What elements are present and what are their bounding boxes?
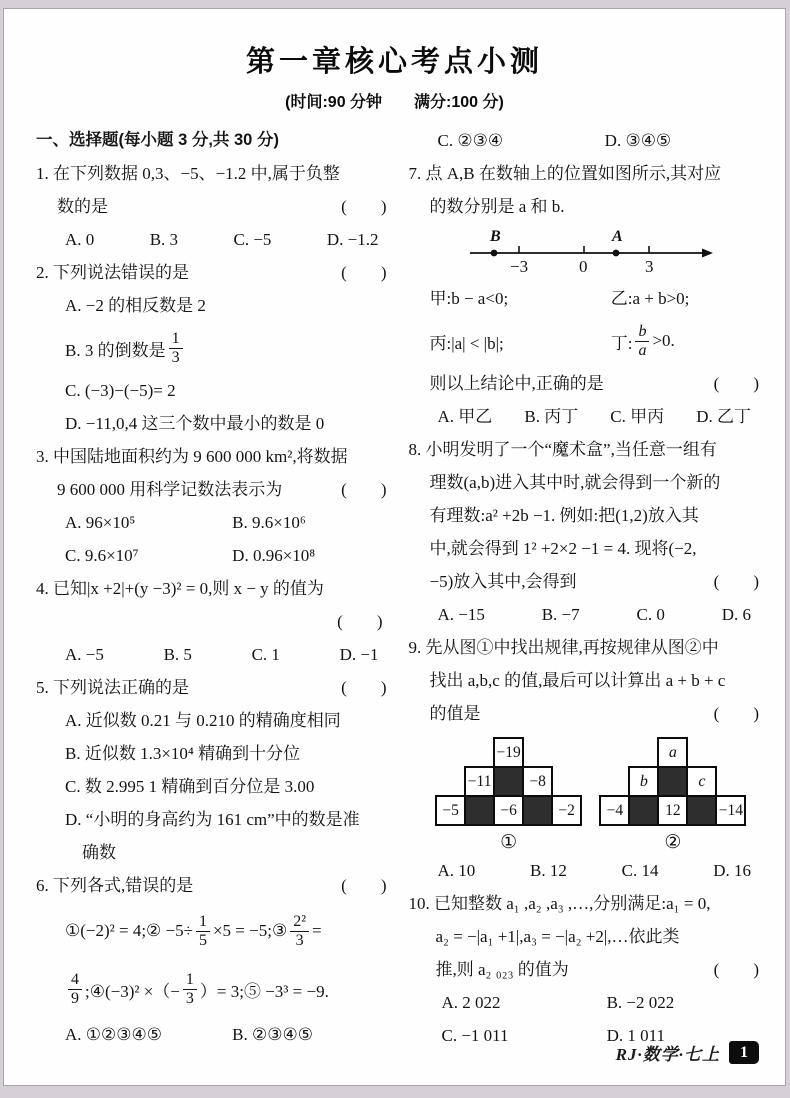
q7-option-b: B. 丙丁 bbox=[524, 400, 578, 433]
answer-blank-paren: ( ) bbox=[341, 869, 386, 902]
q4-option-d: D. −1 bbox=[340, 638, 379, 671]
fraction: 2² 3 bbox=[290, 913, 309, 949]
q9-option-b: B. 12 bbox=[530, 854, 567, 887]
q10-option-b: B. −2 022 bbox=[607, 986, 675, 1019]
q8-stem-line3: 有理数:a² +2b −1. 例如:把(1,2)放入其 bbox=[409, 499, 760, 532]
q6-option-d: D. ③④⑤ bbox=[605, 124, 672, 157]
answer-blank-paren: ( ) bbox=[341, 671, 386, 704]
answer-blank-paren: ( ) bbox=[714, 697, 759, 730]
q5-option-d-line2: 确数 bbox=[36, 836, 387, 869]
q9-option-c: C. 14 bbox=[622, 854, 659, 887]
fraction-numerator: b bbox=[635, 323, 649, 341]
q9-stem-text: 的值是 bbox=[430, 697, 481, 730]
q8-options: A. −15 B. −7 C. 0 D. 6 bbox=[409, 598, 760, 631]
pyramid-grid: −19 −11 −8 −5 −6 −2 bbox=[436, 738, 581, 825]
q7-option-c: C. 甲丙 bbox=[610, 400, 664, 433]
q6-expr-seg: ）= 3;⑤ −3³ = −9. bbox=[200, 977, 329, 1002]
q6-expression-line1: ①(−2)² = 4;② −5÷ 1 5 ×5 = −5;③ 2² 3 = bbox=[36, 902, 387, 960]
q7-criterion-bing: 丙:|a| < |b|; bbox=[430, 329, 611, 354]
q9-options: A. 10 B. 12 C. 14 D. 16 bbox=[409, 854, 760, 887]
q4-answer-blank-line: ( ) bbox=[36, 605, 387, 638]
q3-stem-text: 9 600 000 用科学记数法表示为 bbox=[57, 473, 282, 506]
pyramid-cell: a bbox=[657, 737, 688, 768]
q9-stem-line2: 找出 a,b,c 的值,最后可以计算出 a + b + c bbox=[409, 664, 760, 697]
q2-stem: 2. 下列说法错误的是 ( ) bbox=[36, 256, 387, 289]
pyramid-cell: −11 bbox=[464, 766, 495, 797]
q7-options: A. 甲乙 B. 丙丁 C. 甲丙 D. 乙丁 bbox=[409, 400, 760, 433]
q6-option-c: C. ②③④ bbox=[438, 124, 605, 157]
q8-option-b: B. −7 bbox=[542, 598, 580, 631]
q9-figures: −19 −11 −8 −5 −6 −2 ① bbox=[409, 730, 760, 854]
q2-option-a: A. −2 的相反数是 2 bbox=[36, 289, 387, 322]
q7-criteria-row2: 丙:|a| < |b|; 丁: b a >0. bbox=[409, 315, 760, 367]
fraction-denominator: 3 bbox=[169, 349, 183, 366]
q4-options: A. −5 B. 5 C. 1 D. −1 bbox=[36, 638, 387, 671]
fraction-denominator: a bbox=[635, 342, 649, 359]
q6-options-ab: A. ①②③④⑤ B. ②③④⑤ bbox=[36, 1018, 387, 1051]
fraction: 4 9 bbox=[68, 971, 82, 1007]
answer-blank-paren: ( ) bbox=[341, 190, 386, 223]
q5-option-b: B. 近似数 1.3×10⁴ 精确到十分位 bbox=[36, 737, 387, 770]
fraction-denominator: 3 bbox=[183, 990, 197, 1007]
tick-label-neg3: −3 bbox=[510, 257, 528, 275]
q7-conclusion-text: 则以上结论中,正确的是 bbox=[430, 367, 604, 400]
q6-option-a: A. ①②③④⑤ bbox=[65, 1018, 232, 1051]
q9-option-d: D. 16 bbox=[713, 854, 751, 887]
answer-blank-paren: ( ) bbox=[714, 953, 759, 986]
figure-1-label: ① bbox=[500, 832, 517, 854]
q1-option-c: C. −5 bbox=[234, 223, 272, 256]
q6-expr-seg: ①(−2)² = 4;② −5÷ bbox=[65, 921, 193, 941]
fraction: 1 3 bbox=[183, 971, 197, 1007]
q4-option-b: B. 5 bbox=[164, 638, 192, 671]
fraction-numerator: 1 bbox=[183, 971, 197, 989]
pyramid-cell: b bbox=[628, 766, 659, 797]
q7-number-line-figure: B A −3 0 3 bbox=[464, 227, 760, 280]
pyramid-cell-dark bbox=[657, 766, 688, 797]
q10-stem-text: 推,则 a₂ ₀₂₃ 的值为 bbox=[436, 953, 569, 986]
q7-ding-suffix: >0. bbox=[652, 331, 674, 351]
fraction-numerator: 2² bbox=[290, 913, 309, 931]
pyramid-cell: −8 bbox=[522, 766, 553, 797]
point-B-dot bbox=[490, 250, 497, 257]
q4-option-a: A. −5 bbox=[65, 638, 104, 671]
pyramid-cell-dark bbox=[686, 795, 717, 826]
pyramid-cell: −5 bbox=[435, 795, 466, 826]
page-number-badge: 1 bbox=[729, 1041, 759, 1064]
answer-blank-paren: ( ) bbox=[341, 473, 386, 506]
page-title: 第一章核心考点小测 bbox=[4, 39, 785, 80]
fraction-numerator: 1 bbox=[169, 330, 183, 348]
q3-options-cd: C. 9.6×10⁷ D. 0.96×10⁸ bbox=[36, 539, 387, 572]
q7-stem-line2: 的数分别是 a 和 b. bbox=[409, 190, 760, 223]
answer-blank-paren: ( ) bbox=[337, 612, 382, 631]
q9-stem-line3: 的值是 ( ) bbox=[409, 697, 760, 730]
q5-option-a: A. 近似数 0.21 与 0.210 的精确度相同 bbox=[36, 704, 387, 737]
fraction-denominator: 5 bbox=[196, 932, 210, 949]
q7-ding-prefix: 丁: bbox=[611, 329, 633, 354]
fraction: b a bbox=[635, 323, 649, 359]
q3-option-b: B. 9.6×10⁶ bbox=[232, 506, 306, 539]
q10-stem-line2: a₂ = −|a₁ +1|,a₃ = −|a₂ +2|,…依此类 bbox=[409, 920, 760, 953]
scanned-test-page: 第一章核心考点小测 (时间:90 分钟 满分:100 分) 一、选择题(每小题 … bbox=[0, 0, 790, 1098]
right-column: C. ②③④ D. ③④⑤ 7. 点 A,B 在数轴上的位置如图所示,其对应 的… bbox=[409, 124, 760, 1052]
figure-2-label: ② bbox=[664, 832, 681, 854]
q5-option-d-line1: D. “小明的身高约为 161 cm”中的数是准 bbox=[36, 803, 387, 836]
q2-option-b-text: B. 3 的倒数是 bbox=[65, 336, 166, 361]
q2-option-c: C. (−3)−(−5)= 2 bbox=[36, 374, 387, 407]
q7-criterion-yi: 乙:a + b>0; bbox=[611, 282, 690, 315]
q1-options: A. 0 B. 3 C. −5 D. −1.2 bbox=[36, 223, 387, 256]
fraction-denominator: 9 bbox=[68, 990, 82, 1007]
q3-option-c: C. 9.6×10⁷ bbox=[65, 539, 232, 572]
q8-option-c: C. 0 bbox=[637, 598, 665, 631]
left-column: 一、选择题(每小题 3 分,共 30 分) 1. 在下列数据 0,3、−5、−1… bbox=[36, 124, 387, 1052]
q5-stem: 5. 下列说法正确的是 ( ) bbox=[36, 671, 387, 704]
tick-label-0: 0 bbox=[579, 257, 588, 275]
two-column-body: 一、选择题(每小题 3 分,共 30 分) 1. 在下列数据 0,3、−5、−1… bbox=[4, 124, 785, 1052]
q6-expr-seg: ×5 = −5;③ bbox=[213, 921, 287, 941]
q5-stem-text: 5. 下列说法正确的是 bbox=[36, 671, 189, 704]
fraction-numerator: 1 bbox=[196, 913, 210, 931]
q7-criteria-row1: 甲:b − a<0; 乙:a + b>0; bbox=[409, 282, 760, 315]
fraction-denominator: 3 bbox=[290, 932, 309, 949]
q7-stem-line1: 7. 点 A,B 在数轴上的位置如图所示,其对应 bbox=[409, 157, 760, 190]
q7-option-a: A. 甲乙 bbox=[438, 400, 493, 433]
point-A-label: A bbox=[611, 228, 623, 245]
q6-expression-line2: 4 9 ;④(−3)² ×（− 1 3 ）= 3;⑤ −3³ = −9. bbox=[36, 960, 387, 1018]
q6-option-b: B. ②③④⑤ bbox=[232, 1018, 313, 1051]
q7-conclusion: 则以上结论中,正确的是 ( ) bbox=[409, 367, 760, 400]
q3-option-a: A. 96×10⁵ bbox=[65, 506, 232, 539]
q6-expr-seg: = bbox=[312, 921, 322, 941]
q8-stem-text: −5)放入其中,会得到 bbox=[430, 565, 577, 598]
pyramid-cell: −19 bbox=[493, 737, 524, 768]
q9-stem-line1: 9. 先从图①中找出规律,再按规律从图②中 bbox=[409, 631, 760, 664]
q10-stem-line1: 10. 已知整数 a₁ ,a₂ ,a₃ ,…,分别满足:a₁ = 0, bbox=[409, 887, 760, 920]
q1-stem-text: 数的是 bbox=[57, 190, 108, 223]
q10-option-c: C. −1 011 bbox=[442, 1019, 607, 1052]
q8-stem-line4: 中,就会得到 1² +2×2 −1 = 4. 现将(−2, bbox=[409, 532, 760, 565]
page-footer: RJ·数学·七上 1 bbox=[616, 1040, 759, 1065]
pyramid-cell-dark bbox=[522, 795, 553, 826]
pyramid-cell-dark bbox=[493, 766, 524, 797]
q1-option-b: B. 3 bbox=[150, 223, 178, 256]
q10-stem-line3: 推,则 a₂ ₀₂₃ 的值为 ( ) bbox=[409, 953, 760, 986]
q2-option-b: B. 3 的倒数是 1 3 bbox=[36, 322, 387, 374]
pyramid-cell: 12 bbox=[657, 795, 688, 826]
pyramid-cell-dark bbox=[628, 795, 659, 826]
q2-stem-text: 2. 下列说法错误的是 bbox=[36, 256, 189, 289]
pyramid-cell: −14 bbox=[715, 795, 746, 826]
pyramid-cell: c bbox=[686, 766, 717, 797]
q9-figure-2: a b c −4 12 −14 ② bbox=[600, 738, 745, 854]
q8-stem-line2: 理数(a,b)进入其中时,就会得到一个新的 bbox=[409, 466, 760, 499]
q3-option-d: D. 0.96×10⁸ bbox=[232, 539, 315, 572]
tick-label-3: 3 bbox=[645, 257, 654, 275]
q6-stem-text: 6. 下列各式,错误的是 bbox=[36, 869, 193, 902]
pyramid-cell: −4 bbox=[599, 795, 630, 826]
fraction-numerator: 4 bbox=[68, 971, 82, 989]
point-B-label: B bbox=[489, 228, 501, 245]
q9-figure-1: −19 −11 −8 −5 −6 −2 ① bbox=[436, 738, 581, 854]
q8-option-a: A. −15 bbox=[438, 598, 485, 631]
pyramid-cell: −6 bbox=[493, 795, 524, 826]
q7-criterion-jia: 甲:b − a<0; bbox=[430, 282, 611, 315]
q3-options-ab: A. 96×10⁵ B. 9.6×10⁶ bbox=[36, 506, 387, 539]
fraction: 1 3 bbox=[169, 330, 183, 366]
q6-options-cd: C. ②③④ D. ③④⑤ bbox=[409, 124, 760, 157]
page-subtitle: (时间:90 分钟 满分:100 分) bbox=[4, 89, 785, 112]
q1-option-a: A. 0 bbox=[65, 223, 94, 256]
q10-options-ab: A. 2 022 B. −2 022 bbox=[409, 986, 760, 1019]
point-A-dot bbox=[612, 250, 619, 257]
q1-option-d: D. −1.2 bbox=[327, 223, 379, 256]
pyramid-cell-dark bbox=[464, 795, 495, 826]
q8-stem-line5: −5)放入其中,会得到 ( ) bbox=[409, 565, 760, 598]
q7-option-d: D. 乙丁 bbox=[696, 400, 751, 433]
answer-blank-paren: ( ) bbox=[714, 367, 759, 400]
q1-stem-line1: 1. 在下列数据 0,3、−5、−1.2 中,属于负整 bbox=[36, 157, 387, 190]
q4-option-c: C. 1 bbox=[252, 638, 280, 671]
number-line-svg: B A −3 0 3 bbox=[464, 227, 714, 275]
q8-stem-line1: 8. 小明发明了一个“魔术盒”,当任意一组有 bbox=[409, 433, 760, 466]
q7-criterion-ding: 丁: b a >0. bbox=[611, 323, 675, 359]
paper-area: 第一章核心考点小测 (时间:90 分钟 满分:100 分) 一、选择题(每小题 … bbox=[3, 8, 786, 1086]
pyramid-cell: −2 bbox=[551, 795, 582, 826]
q3-stem-line2: 9 600 000 用科学记数法表示为 ( ) bbox=[36, 473, 387, 506]
fraction: 1 5 bbox=[196, 913, 210, 949]
imprint-text: RJ·数学·七上 bbox=[616, 1040, 720, 1065]
q6-expr-seg: ;④(−3)² ×（− bbox=[85, 977, 180, 1002]
section-header: 一、选择题(每小题 3 分,共 30 分) bbox=[36, 124, 387, 157]
q3-stem-line1: 3. 中国陆地面积约为 9 600 000 km²,将数据 bbox=[36, 440, 387, 473]
q2-option-d: D. −11,0,4 这三个数中最小的数是 0 bbox=[36, 407, 387, 440]
q4-stem: 4. 已知|x +2|+(y −3)² = 0,则 x − y 的值为 bbox=[36, 572, 387, 605]
q1-stem-line2: 数的是 ( ) bbox=[36, 190, 387, 223]
q6-stem: 6. 下列各式,错误的是 ( ) bbox=[36, 869, 387, 902]
q5-option-c: C. 数 2.995 1 精确到百分位是 3.00 bbox=[36, 770, 387, 803]
pyramid-grid: a b c −4 12 −14 bbox=[600, 738, 745, 825]
answer-blank-paren: ( ) bbox=[341, 256, 386, 289]
arrow-head bbox=[702, 249, 713, 258]
q8-option-d: D. 6 bbox=[722, 598, 751, 631]
q10-option-a: A. 2 022 bbox=[442, 986, 607, 1019]
q9-option-a: A. 10 bbox=[438, 854, 476, 887]
answer-blank-paren: ( ) bbox=[714, 565, 759, 598]
